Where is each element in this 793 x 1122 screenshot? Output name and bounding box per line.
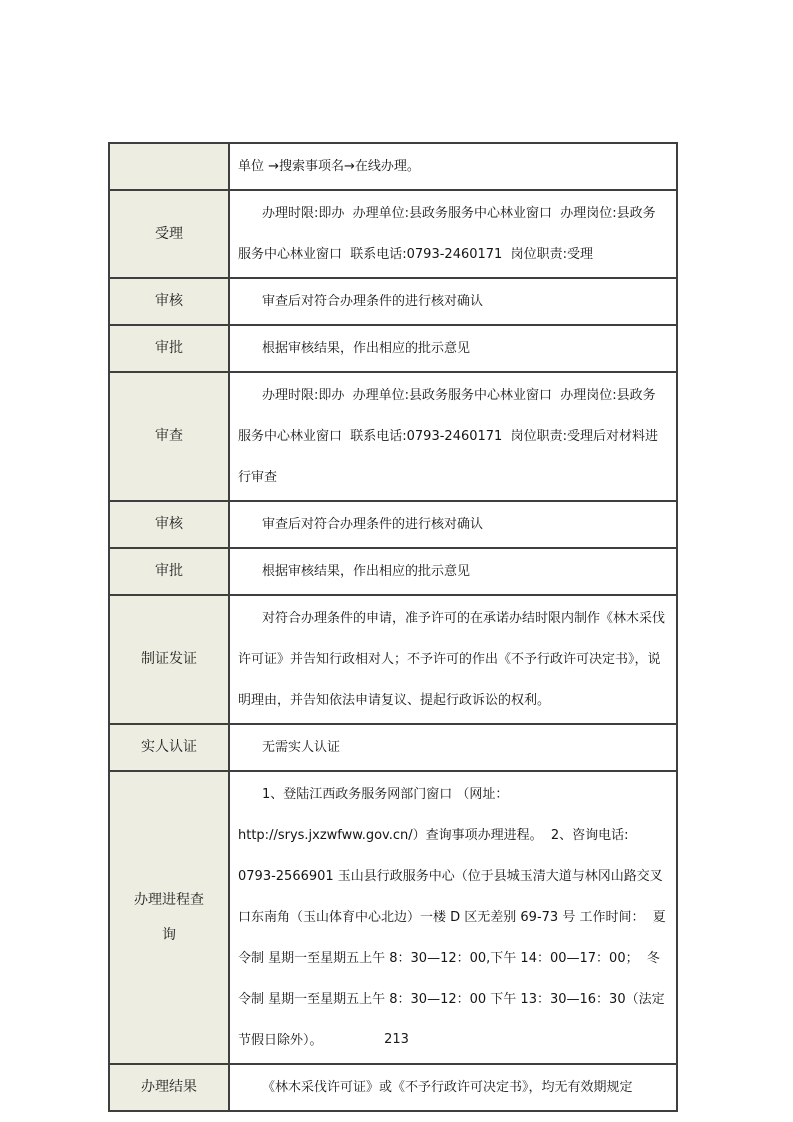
row-label: 受理 [109, 190, 229, 278]
row-label: 办理结果 [109, 1064, 229, 1111]
row-content: 办理时限:即办 办理单位:县政务服务中心林业窗口 办理岗位:县政务服务中心林业窗… [238, 193, 668, 275]
table-row: 受理 办理时限:即办 办理单位:县政务服务中心林业窗口 办理岗位:县政务服务中心… [109, 190, 677, 278]
row-label: 审核 [109, 278, 229, 325]
document-page: 单位 →搜索事项名→在线办理。 受理 办理时限:即办 办理单位:县政务服务中心林… [0, 0, 793, 1122]
row-label: 审查 [109, 372, 229, 501]
row-content: 《林木采伐许可证》或《不予行政许可决定书》，均无有效期规定 [238, 1067, 668, 1108]
row-label: 实人认证 [109, 724, 229, 771]
row-content: 根据审核结果，作出相应的批示意见 [238, 328, 668, 369]
row-label: 办理进程查询 [109, 771, 229, 1064]
row-content: 审查后对符合办理条件的进行核对确认 [238, 281, 668, 322]
table-row: 制证发证 对符合办理条件的申请，准予许可的在承诺办结时限内制作《林木采伐许可证》… [109, 595, 677, 724]
row-content: 对符合办理条件的申请，准予许可的在承诺办结时限内制作《林木采伐许可证》并告知行政… [238, 598, 668, 721]
row-label: 制证发证 [109, 595, 229, 724]
page-number: 213 [0, 1032, 793, 1047]
row-content: 根据审核结果，作出相应的批示意见 [238, 551, 668, 592]
table-row: 办理进程查询 1、登陆江西政务服务网部门窗口 （网址：http://srys.j… [109, 771, 677, 1064]
table-row: 审批 根据审核结果，作出相应的批示意见 [109, 548, 677, 595]
procedure-table: 单位 →搜索事项名→在线办理。 受理 办理时限:即办 办理单位:县政务服务中心林… [108, 142, 678, 1112]
row-content: 无需实人认证 [238, 727, 668, 768]
table-row: 审核 审查后对符合办理条件的进行核对确认 [109, 501, 677, 548]
row-content: 办理时限:即办 办理单位:县政务服务中心林业窗口 办理岗位:县政务服务中心林业窗… [238, 375, 668, 498]
table-row: 审批 根据审核结果，作出相应的批示意见 [109, 325, 677, 372]
row-content: 1、登陆江西政务服务网部门窗口 （网址：http://srys.jxzwfww.… [238, 774, 668, 1061]
table-row: 实人认证 无需实人认证 [109, 724, 677, 771]
table-row: 审查 办理时限:即办 办理单位:县政务服务中心林业窗口 办理岗位:县政务服务中心… [109, 372, 677, 501]
row-content: 审查后对符合办理条件的进行核对确认 [238, 504, 668, 545]
table-row: 单位 →搜索事项名→在线办理。 [109, 143, 677, 190]
table-row: 审核 审查后对符合办理条件的进行核对确认 [109, 278, 677, 325]
row-label: 审批 [109, 325, 229, 372]
row-label [109, 143, 229, 190]
row-label: 审核 [109, 501, 229, 548]
table-row: 办理结果 《林木采伐许可证》或《不予行政许可决定书》，均无有效期规定 [109, 1064, 677, 1111]
row-content: 单位 →搜索事项名→在线办理。 [238, 146, 668, 187]
row-label: 审批 [109, 548, 229, 595]
